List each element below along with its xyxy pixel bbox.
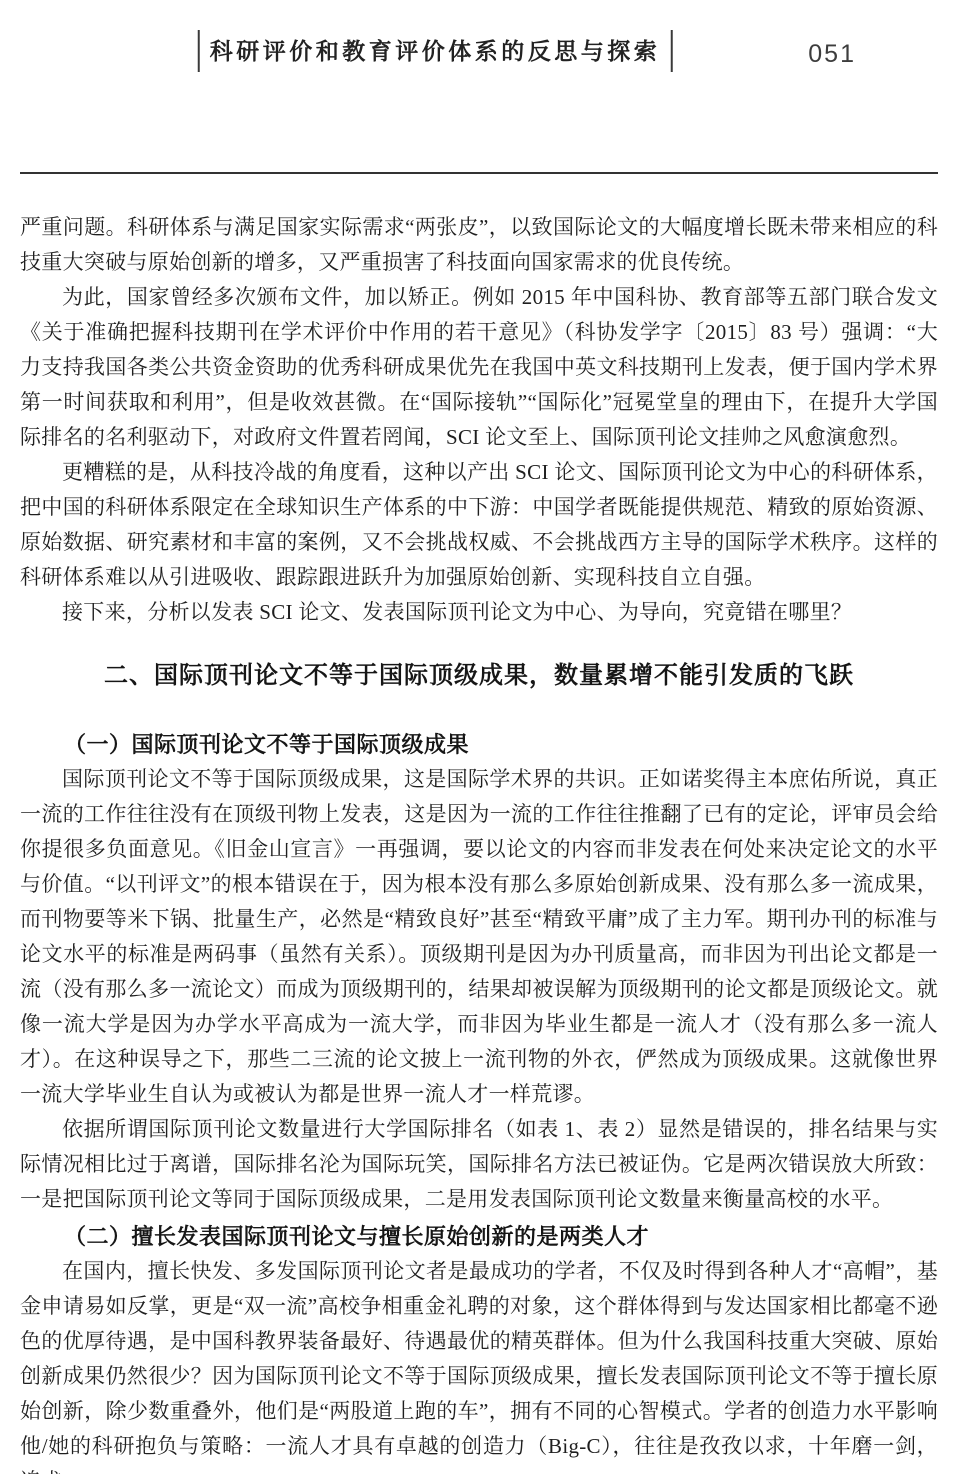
body-paragraph: 国际顶刊论文不等于国际顶级成果，这是国际学术界的共识。正如诺奖得主本庶佑所说，真… (20, 762, 938, 1112)
page-number: 051 (808, 40, 856, 69)
body-paragraph: 在国内，擅长快发、多发国际顶刊论文者是最成功的学者，不仅及时得到各种人才“高帽”… (20, 1254, 938, 1474)
body-paragraph: 严重问题。科研体系与满足国家实际需求“两张皮”，以致国际论文的大幅度增长既未带来… (20, 210, 938, 280)
document-page: 科研评价和教育评价体系的反思与探索 051 严重问题。科研体系与满足国家实际需求… (0, 0, 958, 1476)
running-header-title: 科研评价和教育评价体系的反思与探索 (198, 30, 673, 72)
page-content: 严重问题。科研体系与满足国家实际需求“两张皮”，以致国际论文的大幅度增长既未带来… (20, 210, 938, 1474)
body-paragraph: 为此，国家曾经多次颁布文件，加以矫正。例如 2015 年中国科协、教育部等五部门… (20, 280, 938, 455)
subsection-heading: （一）国际顶刊论文不等于国际顶级成果 (20, 727, 938, 762)
header-rule (20, 172, 938, 174)
subsection-heading: （二）擅长发表国际顶刊论文与擅长原始创新的是两类人才 (20, 1219, 938, 1254)
body-paragraph: 更糟糕的是，从科技冷战的角度看，这种以产出 SCI 论文、国际顶刊论文为中心的科… (20, 455, 938, 595)
body-paragraph: 依据所谓国际顶刊论文数量进行大学国际排名（如表 1、表 2）显然是错误的，排名结… (20, 1112, 938, 1217)
page-header: 科研评价和教育评价体系的反思与探索 051 (0, 0, 958, 80)
section-heading: 二、国际顶刊论文不等于国际顶级成果，数量累增不能引发质的飞跃 (20, 658, 938, 694)
body-paragraph: 接下来，分析以发表 SCI 论文、发表国际顶刊论文为中心、为导向，究竟错在哪里？ (20, 595, 938, 630)
